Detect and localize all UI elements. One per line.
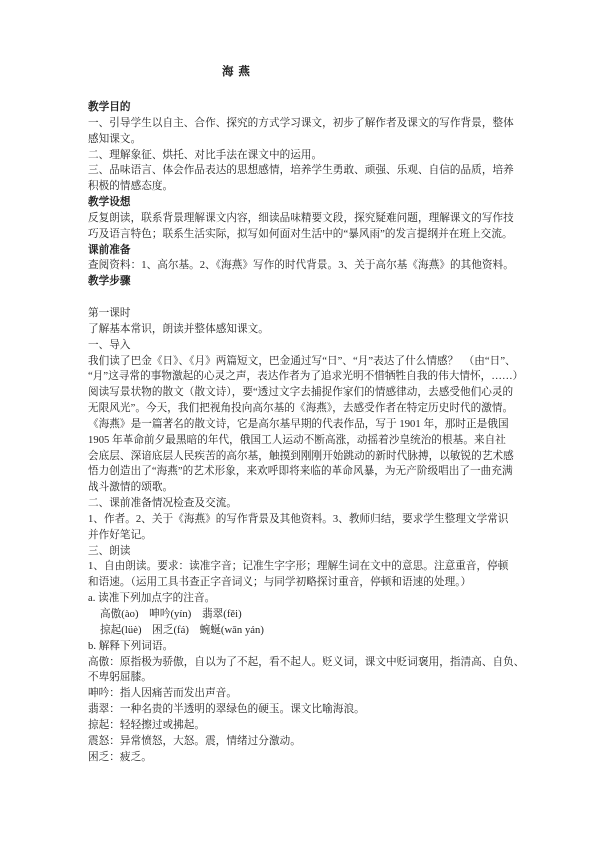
doc-line: 震怒：异常愤怒，大怒。震，情绪过分激动。 [88,734,540,750]
doc-line: 翡翠：一种名贵的半透明的翠绿色的硬玉。课文比喻海浪。 [88,702,540,718]
doc-line: 阅读写景状物的散文（散文诗），要“透过文字去捕捉作家们的情感律动，去感受他们心灵… [88,385,540,401]
doc-line: 会底层、深谙底层人民疾苦的高尔基，触摸到刚刚开始跳动的新时代脉搏，以敏锐的艺术感 [88,449,540,465]
doc-line: 反复朗读，联系背景理解课文内容，细读品味精要文段，探究疑难问题，理解课文的写作技 [88,211,540,227]
document-body: 教学目的一、引导学生以自主、合作、探究的方式学习课文，初步了解作者及课文的写作背… [88,100,540,765]
doc-line: 掠起：轻轻擦过或拂起。 [88,718,540,734]
doc-line: 二、理解象征、烘托、对比手法在课文中的运用。 [88,148,540,164]
doc-line: 1905 年革命前夕最黑暗的年代，俄国工人运动不断高涨，动摇着沙皇统治的根基。来… [88,433,540,449]
document-page: 海 燕 教学目的一、引导学生以自主、合作、探究的方式学习课文，初步了解作者及课文… [0,0,600,845]
doc-line: 1、自由朗读。要求：读准字音；记准生字字形；理解生词在文中的意思。注意重音，停顿 [88,559,540,575]
doc-line: 《海燕》是一篇著名的散文诗，它是高尔基早期的代表作品，写于 1901 年，那时正… [88,417,540,433]
doc-line: “月”这寻常的事物激起的心灵之声，表达作者为了追求光明不惜牺牲自我的伟大情怀，…… [88,369,540,385]
doc-line: 积极的情感态度。 [88,179,540,195]
doc-line: a. 读准下列加点字的注音。 [88,591,540,607]
doc-heading-line: 课前准备 [88,243,540,259]
doc-line: 高傲：原指极为骄傲，自以为了不起，看不起人。贬义词，课文中贬词褒用，指清高、自负… [88,655,540,671]
doc-line [88,290,540,306]
doc-line: 并作好笔记。 [88,528,540,544]
doc-line: 二、课前准备情况检查及交流。 [88,496,540,512]
doc-line: 高傲(ào) 呻吟(yín) 翡翠(fěi) [88,607,540,623]
doc-line: 1、作者。2、关于《海燕》的写作背景及其他资料。3、教师归结，要求学生整理文学常… [88,512,540,528]
doc-line: 三、朗读 [88,544,540,560]
doc-heading-line: 教学设想 [88,195,540,211]
doc-line: 无限风光”。今天，我们把视角投向高尔基的《海燕》，去感受作者在特定历史时代的激情… [88,401,540,417]
doc-heading-line: 教学步骤 [88,274,540,290]
doc-line: 查阅资料：1、高尔基。2、《海燕》写作的时代背景。3、关于高尔基《海燕》的其他资… [88,258,540,274]
doc-line: 三、品味语言、体会作品表达的思想感情，培养学生勇敢、顽强、乐观、自信的品质，培养 [88,163,540,179]
doc-line: b. 解释下列词语。 [88,639,540,655]
doc-line: 第一课时 [88,306,540,322]
doc-heading-line: 教学目的 [88,100,540,116]
doc-line: 我们读了巴金《日》、《月》两篇短文，巴金通过写“日”、“月”表达了什么情感？ （… [88,354,540,370]
doc-line: 困乏：疲乏。 [88,750,540,766]
doc-line: 一、引导学生以自主、合作、探究的方式学习课文，初步了解作者及课文的写作背景，整体 [88,116,540,132]
doc-line: 悟力创造出了“海燕”的艺术形象，来欢呼即将来临的革命风暴，为无产阶级唱出了一曲充… [88,464,540,480]
doc-line: 感知课文。 [88,132,540,148]
doc-line: 呻吟：指人因痛苦而发出声音。 [88,686,540,702]
doc-line: 和语速。（运用工具书查正字音词义；与同学初略探讨重音，停顿和语速的处理。） [88,575,540,591]
doc-line: 一、导入 [88,338,540,354]
doc-line: 掠起(lüè) 困乏(fá) 蜿蜒(wān yán) [88,623,540,639]
document-title: 海 燕 [222,64,540,80]
doc-line: 了解基本常识，朗读并整体感知课文。 [88,322,540,338]
doc-line: 战斗激情的颂歌。 [88,480,540,496]
doc-line: 不卑躬屈膝。 [88,670,540,686]
doc-line: 巧及语言特色；联系生活实际，拟写如何面对生活中的“暴风雨”的发言提纲并在班上交流… [88,227,540,243]
